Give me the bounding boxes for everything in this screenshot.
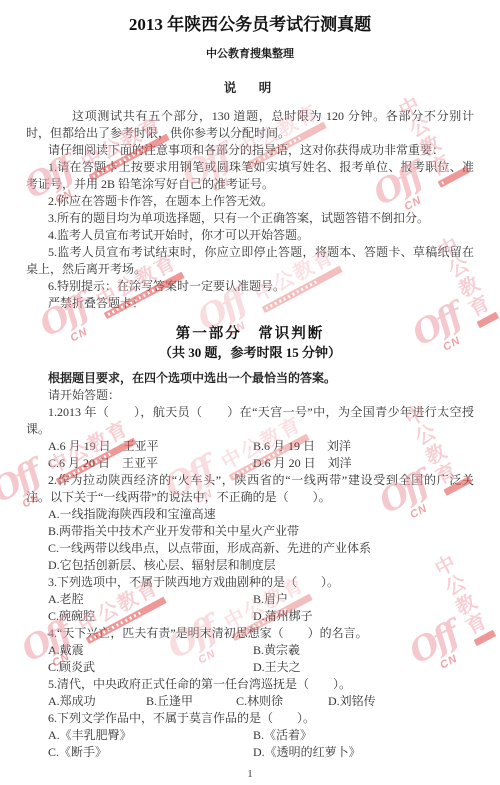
question-6: 6.下列文学作品中，不属于莫言作品的是（ ）。 A.《丰乳肥臀》 B.《活着》 …	[26, 710, 474, 761]
question-2-stem: 2.作为拉动陕西经济的“火车头”，陕西省的“一线两带”建设受到全国的广泛关注。以…	[26, 472, 474, 506]
question-6-options-row: A.《丰乳肥臀》 B.《活着》	[26, 727, 474, 744]
intro-paragraph: 请仔细阅读下面的注意事项和各部分的指导语，这对你获得成功非常重要：	[26, 142, 474, 159]
question-4: 4.“天下兴亡，匹夫有责”是明末清初思想家（ ）的名言。 A.戴震 B.黄宗羲 …	[26, 625, 474, 676]
question-4-options-row: A.戴震 B.黄宗羲	[26, 642, 474, 659]
page-title: 2013 年陕西公务员考试行测真题	[26, 14, 474, 35]
option-b: B.6 月 19 日 刘洋	[253, 438, 474, 455]
question-1: 1.2013 年（ ），航天员（ ）在“天宫一号”中，为全国青少年进行太空授课。…	[26, 404, 474, 472]
section-title: 第一部分 常识判断	[26, 325, 474, 344]
question-3: 3.下列选项中，不属于陕西地方戏曲剧种的是（ ）。 A.老腔 B.眉户 C.碗碗…	[26, 574, 474, 625]
document-content: 2013 年陕西公务员考试行测真题 中公教育搜集整理 说 明 这项测试共有五个部…	[0, 0, 500, 781]
option-b: B.两带指关中技术产业开发带和关中星火产业带	[26, 523, 474, 540]
question-3-options-row: C.碗碗腔 D.蒲州梆子	[26, 608, 474, 625]
intro-paragraph: 1.请在答题卡上按要求用钢笔或圆珠笔如实填写姓名、报考单位、报考职位、准考证号，…	[26, 159, 474, 193]
question-3-stem: 3.下列选项中，不属于陕西地方戏曲剧种的是（ ）。	[26, 574, 474, 591]
question-4-options-row: C.顾炎武 D.王夫之	[26, 659, 474, 676]
option-c: C.《断手》	[48, 744, 253, 761]
option-a: A.老腔	[48, 591, 253, 608]
option-d: D.它包括创新层、核心层、辐射层和制度层	[26, 557, 474, 574]
question-5-stem: 5.清代，中央政府正式任命的第一任台湾巡抚是（ ）。	[26, 676, 474, 693]
intro-paragraph: 这项测试共有五个部分，130 道题，总时限为 120 分钟。各部分不分别计时，但…	[26, 108, 474, 142]
option-c: C.顾炎武	[48, 659, 253, 676]
question-1-options-row: A.6 月 19 日 王亚平 B.6 月 19 日 刘洋	[26, 438, 474, 455]
start-prompt: 请开始答题：	[26, 387, 474, 404]
section-limit: （共 30 题，参考时限 15 分钟）	[26, 344, 474, 362]
option-b: B.眉户	[253, 591, 474, 608]
option-b: B.黄宗羲	[253, 642, 474, 659]
option-b: B.《活着》	[253, 727, 474, 744]
option-a: A.郑成功	[48, 693, 146, 710]
question-3-options-row: A.老腔 B.眉户	[26, 591, 474, 608]
option-c: C.6 月 20 日 王亚平	[48, 455, 253, 472]
intro-paragraph: 5.监考人员宣布考试结束时，你应立即停止答题，将题本、答题卡、草稿纸留在桌上，然…	[26, 244, 474, 278]
question-2: 2.作为拉动陕西经济的“火车头”，陕西省的“一线两带”建设受到全国的广泛关注。以…	[26, 472, 474, 574]
option-c: C.碗碗腔	[48, 608, 253, 625]
page-subtitle: 中公教育搜集整理	[26, 48, 474, 61]
question-1-stem: 1.2013 年（ ），航天员（ ）在“天宫一号”中，为全国青少年进行太空授课。	[26, 404, 474, 438]
intro-paragraph: 2.你应在答题卡作答，在题本上作答无效。	[26, 193, 474, 210]
option-a: A.6 月 19 日 王亚平	[48, 438, 253, 455]
option-c: C.林则徐	[236, 693, 328, 710]
exam-instructions: 这项测试共有五个部分，130 道题，总时限为 120 分钟。各部分不分别计时，但…	[26, 108, 474, 312]
option-d: D.6 月 20 日 刘洋	[253, 455, 474, 472]
option-d: D.蒲州梆子	[253, 608, 474, 625]
option-c: C.一线两带以线串点，以点带面，形成高新、先进的产业体系	[26, 540, 474, 557]
section-heading: 第一部分 常识判断 （共 30 题，参考时限 15 分钟）	[26, 325, 474, 362]
option-a: A.戴震	[48, 642, 253, 659]
intro-warning: 严禁折叠答题卡！	[26, 295, 474, 312]
question-5: 5.清代，中央政府正式任命的第一任台湾巡抚是（ ）。 A.郑成功 B.丘逢甲 C…	[26, 676, 474, 710]
intro-paragraph: 4.监考人员宣布考试开始时，你才可以开始答题。	[26, 227, 474, 244]
option-a: A.《丰乳肥臀》	[48, 727, 253, 744]
question-1-options-row: C.6 月 20 日 王亚平 D.6 月 20 日 刘洋	[26, 455, 474, 472]
option-a: A.一线指陇海陕西段和宝潼高速	[26, 506, 474, 523]
intro-paragraph: 6.特别提示：在涂写答案时一定要认准题号。	[26, 278, 474, 295]
exam-document-page: 2013 年陕西公务员考试行测真题 中公教育搜集整理 说 明 这项测试共有五个部…	[0, 0, 500, 785]
intro-paragraph: 3.所有的题目均为单项选择题，只有一个正确答案，试题答错不倒扣分。	[26, 210, 474, 227]
question-6-stem: 6.下列文学作品中，不属于莫言作品的是（ ）。	[26, 710, 474, 727]
option-b: B.丘逢甲	[146, 693, 236, 710]
notice-heading: 说 明	[26, 81, 474, 96]
option-d: D.刘铭传	[328, 693, 474, 710]
question-6-options-row: C.《断手》 D.《透明的红萝卜》	[26, 744, 474, 761]
question-4-stem: 4.“天下兴亡，匹夫有责”是明末清初思想家（ ）的名言。	[26, 625, 474, 642]
section-instruction: 根据题目要求，在四个选项中选出一个最恰当的答案。	[26, 370, 474, 387]
option-d: D.王夫之	[253, 659, 474, 676]
question-5-options-row: A.郑成功 B.丘逢甲 C.林则徐 D.刘铭传	[26, 693, 474, 710]
page-number: 1	[26, 768, 474, 781]
option-d: D.《透明的红萝卜》	[253, 744, 474, 761]
